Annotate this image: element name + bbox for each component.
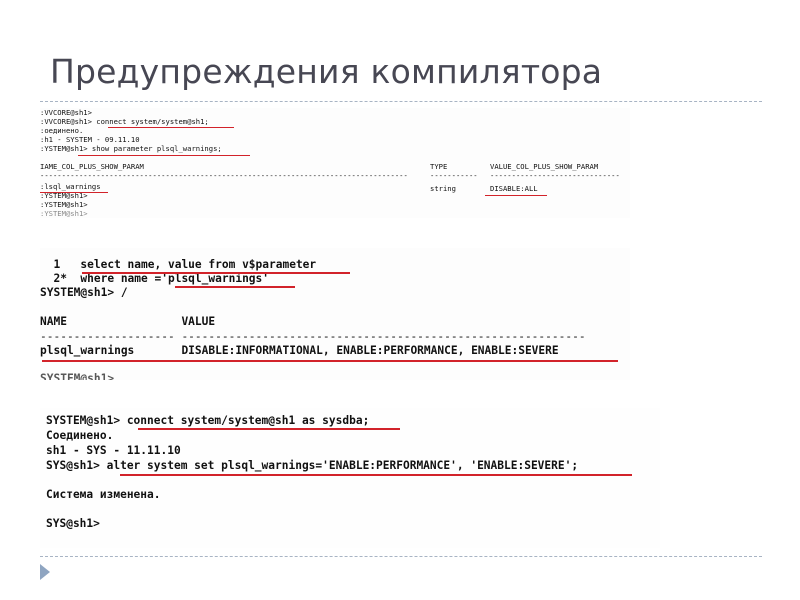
highlight-underline (40, 192, 108, 193)
console-line: :VVCORE@sh1> connect system/system@sh1; (40, 117, 209, 126)
column-divider: ----------- (430, 171, 478, 180)
console-line: SYSTEM@sh1> (40, 372, 114, 380)
console-line: :YSTEM@sh1> (40, 200, 88, 209)
console-line: :lsql_warnings (40, 182, 101, 191)
console-line: SYSTEM@sh1> / (40, 286, 128, 299)
console-line: :VVCORE@sh1> (40, 108, 92, 117)
console-line: NAME VALUE (40, 315, 215, 328)
title-divider (40, 101, 762, 102)
column-header-type: TYPE (430, 162, 447, 171)
console-screenshot-alter-system: SYSTEM@sh1> connect system/system@sh1 as… (40, 408, 660, 548)
highlight-underline (175, 286, 295, 288)
cell-type: string (430, 184, 456, 193)
highlight-underline (138, 428, 400, 430)
console-line: :YSTEM@sh1> (40, 209, 88, 218)
highlight-underline (82, 272, 350, 274)
highlight-underline (485, 195, 547, 196)
highlight-underline (42, 360, 618, 362)
console-line: Система изменена. (46, 488, 161, 501)
console-line: Соединено. (46, 429, 113, 442)
console-line: SYSTEM@sh1> connect system/system@sh1 as… (46, 414, 369, 427)
column-header-value: VALUE_COL_PLUS_SHOW_PARAM (490, 162, 598, 171)
console-screenshot-select-parameter: 1 select name, value from v$parameter 2*… (40, 248, 630, 380)
console-line: ----------------------------------------… (40, 171, 425, 180)
footer-divider (40, 556, 762, 557)
bullet-arrow-icon (40, 564, 50, 580)
console-line: IAME_COL_PLUS_SHOW_PARAM (40, 162, 144, 171)
highlight-underline (120, 474, 632, 476)
console-line: sh1 - SYS - 11.11.10 (46, 444, 181, 457)
console-line: :YSTEM@sh1> show parameter plsql_warning… (40, 144, 222, 153)
console-line: SYS@sh1> alter system set plsql_warnings… (46, 459, 578, 472)
console-line: -------------------- -------------------… (40, 330, 586, 343)
console-line: SYS@sh1> (46, 517, 100, 530)
highlight-underline (78, 155, 250, 156)
slide-title: Предупреждения компилятора (50, 52, 602, 91)
console-line: plsql_warnings DISABLE:INFORMATIONAL, EN… (40, 344, 559, 357)
cell-value: DISABLE:ALL (490, 184, 538, 193)
console-line: :h1 - SYSTEM - 09.11.10 (40, 135, 140, 144)
console-screenshot-show-parameter: :VVCORE@sh1> :VVCORE@sh1> connect system… (40, 108, 630, 218)
column-divider: ------------------------------ (490, 171, 620, 180)
console-line: :оединено. (40, 126, 83, 135)
console-line: 1 select name, value from v$parameter (40, 258, 316, 271)
highlight-underline (108, 127, 234, 128)
